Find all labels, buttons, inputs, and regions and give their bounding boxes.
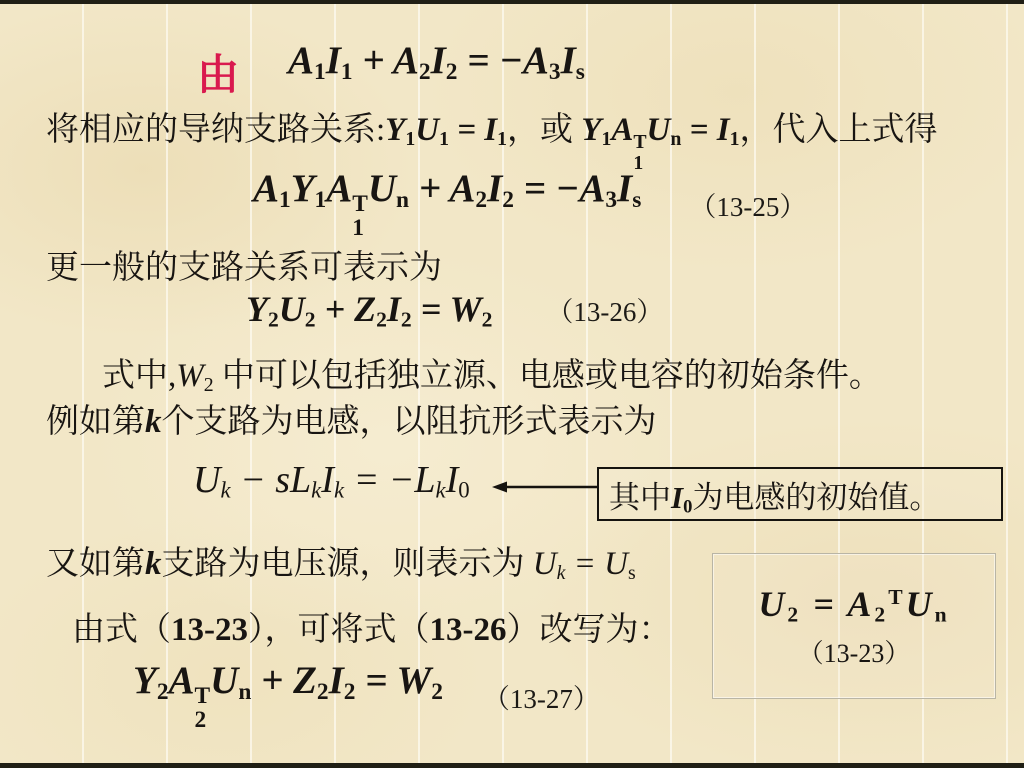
equation-row-13-25: A1Y1AT1Un + A2I2 = −A3Is （13-25） xyxy=(253,168,806,241)
equation-kcl-main: A1I1 + A2I2 = −A3Is xyxy=(288,40,585,83)
slide-top-border xyxy=(0,0,1024,4)
line-admittance-relation: 将相应的导纳支路关系:Y1U1 = I1，或 Y1AT1Un = I1，代入上式… xyxy=(46,110,937,174)
equation-13-23: U2 = A2TUn xyxy=(758,583,949,625)
callout-initial-value-box: 其中I0为电感的初始值。 xyxy=(597,467,1003,521)
equation-13-27: Y2AT2Un + Z2I2 = W2 xyxy=(133,660,443,733)
equation-13-25: A1Y1AT1Un + A2I2 = −A3Is xyxy=(253,168,641,241)
line-rewrite-13-26: 由式（13-23），可将式（13-26）改写为： xyxy=(72,610,672,651)
equation-13-26: Y2U2 + Z2I2 = W2 xyxy=(246,290,492,330)
reference-equation-box: U2 = A2TUn （13-23） xyxy=(712,553,996,699)
equation-ref-13-27: （13-27） xyxy=(483,677,600,716)
equation-row-13-26: Y2U2 + Z2I2 = W2 （13-26） xyxy=(246,290,663,330)
slide-bottom-border xyxy=(0,763,1024,768)
line-general-branch: 更一般的支路关系可表示为 xyxy=(46,248,442,289)
line-voltage-source: 又如第k支路为电压源，则表示为 Uk = Us xyxy=(46,544,636,585)
arrow-left-icon xyxy=(492,479,598,495)
equation-ref-13-23: （13-23） xyxy=(798,633,911,670)
line-w2-note: 式中,W2 中可以包括独立源、电感或电容的初始条件。 xyxy=(102,356,882,397)
intro-connector-word: 由 xyxy=(197,42,239,102)
equation-row-13-27: Y2AT2Un + Z2I2 = W2 （13-27） xyxy=(133,660,600,733)
slide: 由 A1I1 + A2I2 = −A3Is 将相应的导纳支路关系:Y1U1 = … xyxy=(0,0,1024,768)
equation-ref-13-25: （13-25） xyxy=(689,185,806,224)
line-inductor-example: 例如第k个支路为电感，以阻抗形式表示为 xyxy=(46,402,657,443)
equation-inductor: Uk − sLkIk = −LkI0 xyxy=(193,460,470,502)
callout-initial-value-text: 其中I0为电感的初始值。 xyxy=(609,472,940,517)
equation-ref-13-26: （13-26） xyxy=(546,290,663,329)
